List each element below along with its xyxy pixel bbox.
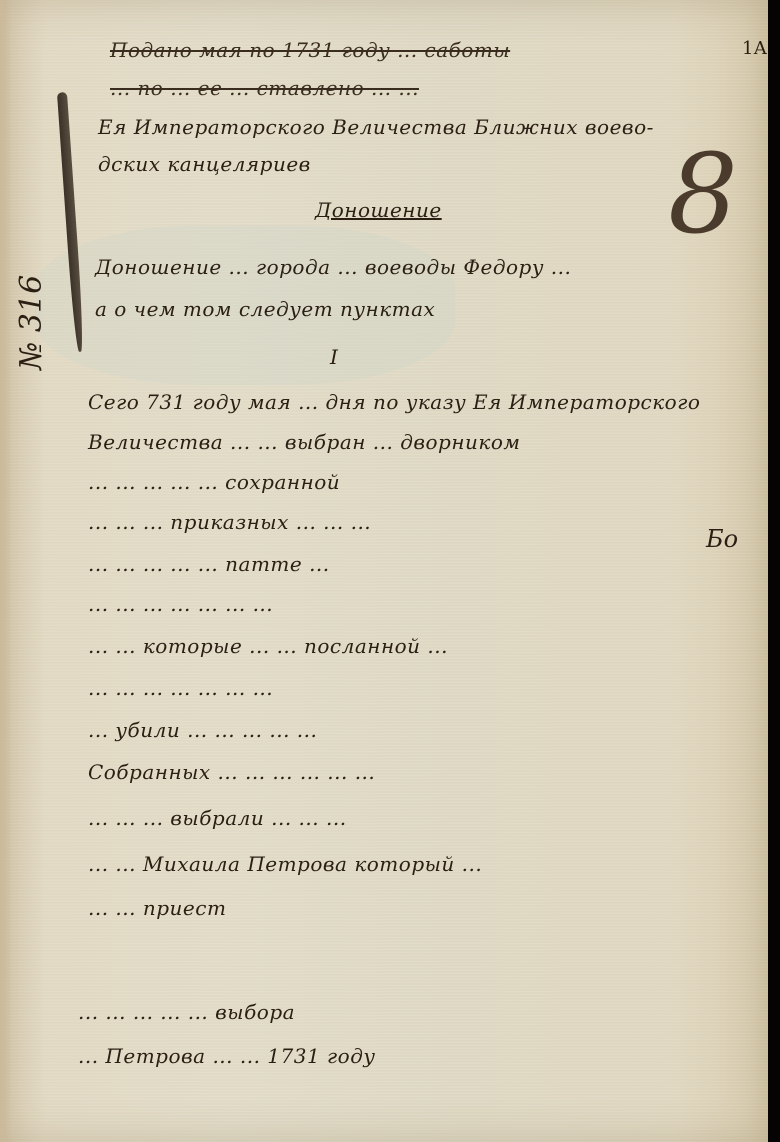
body-line: ... ... Михаила Петрова который ... xyxy=(88,852,482,876)
address-line: дских канцеляриев xyxy=(98,152,311,176)
body-line: ... ... которые ... ... посланной ... xyxy=(88,634,448,658)
closing-line: ... ... ... ... ... выбора xyxy=(78,1000,295,1024)
scan-edge xyxy=(768,0,780,1142)
body-line: ... ... ... ... ... ... ... xyxy=(88,676,273,700)
corner-mark: 1А xyxy=(742,38,767,59)
right-margin-note: Бо xyxy=(706,525,738,553)
header-struck-line: Подано мая по 1731 году ... саботы xyxy=(110,38,510,62)
body-line: ... ... ... ... ... патте ... xyxy=(88,552,330,576)
body-line: Величества ... ... выбран ... дворником xyxy=(88,430,520,454)
margin-number: № 316 xyxy=(14,275,49,370)
subject-line: а о чем том следует пунктах xyxy=(95,297,435,321)
body-line: Сего 731 году мая ... дня по указу Ея Им… xyxy=(88,390,700,414)
right-margin-numeral: 8 xyxy=(668,130,738,258)
document-page: № 316 1А 8 Бо Подано мая по 1731 году ..… xyxy=(0,0,768,1142)
body-line: ... ... ... выбрали ... ... ... xyxy=(88,806,347,830)
body-line: ... ... ... ... ... сохранной xyxy=(88,470,340,494)
address-line: Ея Императорского Величества Ближних вое… xyxy=(98,115,654,139)
section-number: I xyxy=(330,345,338,369)
body-line: Собранных ... ... ... ... ... ... xyxy=(88,760,375,784)
body-line: ... ... ... ... ... ... ... xyxy=(88,592,273,616)
body-line: ... ... приест xyxy=(88,896,226,920)
document-title: Доношение xyxy=(315,198,442,222)
header-struck-line: ... по ... ее ... ставлено ... ... xyxy=(110,76,419,100)
body-line: ... убили ... ... ... ... ... xyxy=(88,718,317,742)
body-line: ... ... ... приказных ... ... ... xyxy=(88,510,371,534)
closing-line: ... Петрова ... ... 1731 году xyxy=(78,1044,375,1068)
subject-line: Доношение ... города ... воеводы Федору … xyxy=(95,255,571,279)
